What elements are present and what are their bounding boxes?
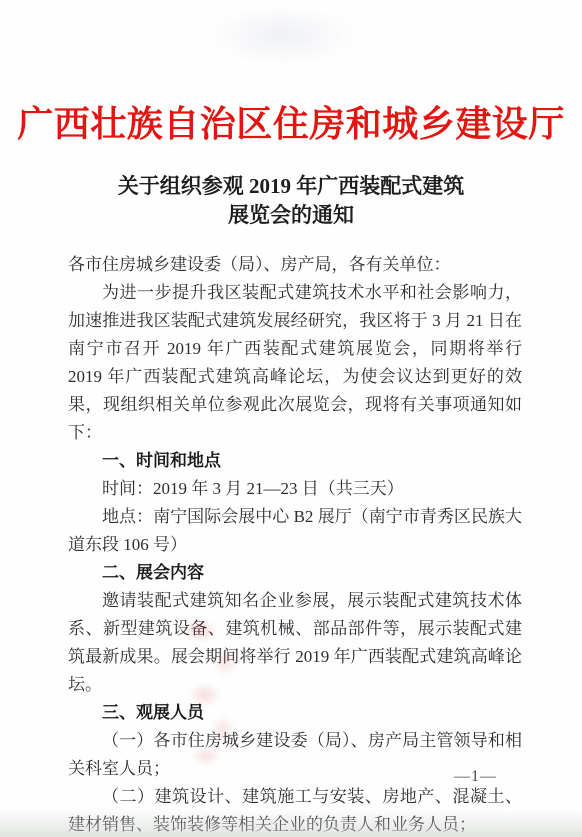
salutation: 各市住房城乡建设委（局）、房产局，各有关单位： [68, 251, 522, 279]
document-title: 关于组织参观 2019 年广西装配式建筑 展览会的通知 [40, 172, 542, 230]
section-3-heading: 三、观展人员 [68, 699, 522, 727]
scan-edge [0, 809, 582, 837]
agency-title: 广西壮族自治区住房和城乡建设厅 [0, 100, 582, 148]
scan-smudge [208, 10, 358, 66]
section-2-heading: 二、展会内容 [68, 559, 522, 587]
document-title-line2: 展览会的通知 [228, 203, 354, 227]
section-1-paragraph-time: 时间：2019 年 3 月 21—23 日（共三天） [68, 475, 522, 503]
page-number: —1— [454, 768, 497, 786]
document-page: 广西壮族自治区住房和城乡建设厅 关于组织参观 2019 年广西装配式建筑 展览会… [0, 0, 582, 837]
document-body: 各市住房城乡建设委（局）、房产局，各有关单位： 为进一步提升我区装配式建筑技术水… [68, 251, 522, 837]
intro-paragraph: 为进一步提升我区装配式建筑技术水平和社会影响力，加速推进我区装配式建筑发展经研究… [68, 279, 522, 447]
section-2-paragraph: 邀请装配式建筑知名企业参展，展示装配式建筑技术体系、新型建筑设备、建筑机械、部品… [68, 587, 522, 699]
section-1-paragraph-place: 地点：南宁国际会展中心 B2 展厅（南宁市青秀区民族大道东段 106 号） [68, 503, 522, 559]
section-1-heading: 一、时间和地点 [68, 447, 522, 475]
document-title-line1: 关于组织参观 2019 年广西装配式建筑 [118, 174, 465, 198]
